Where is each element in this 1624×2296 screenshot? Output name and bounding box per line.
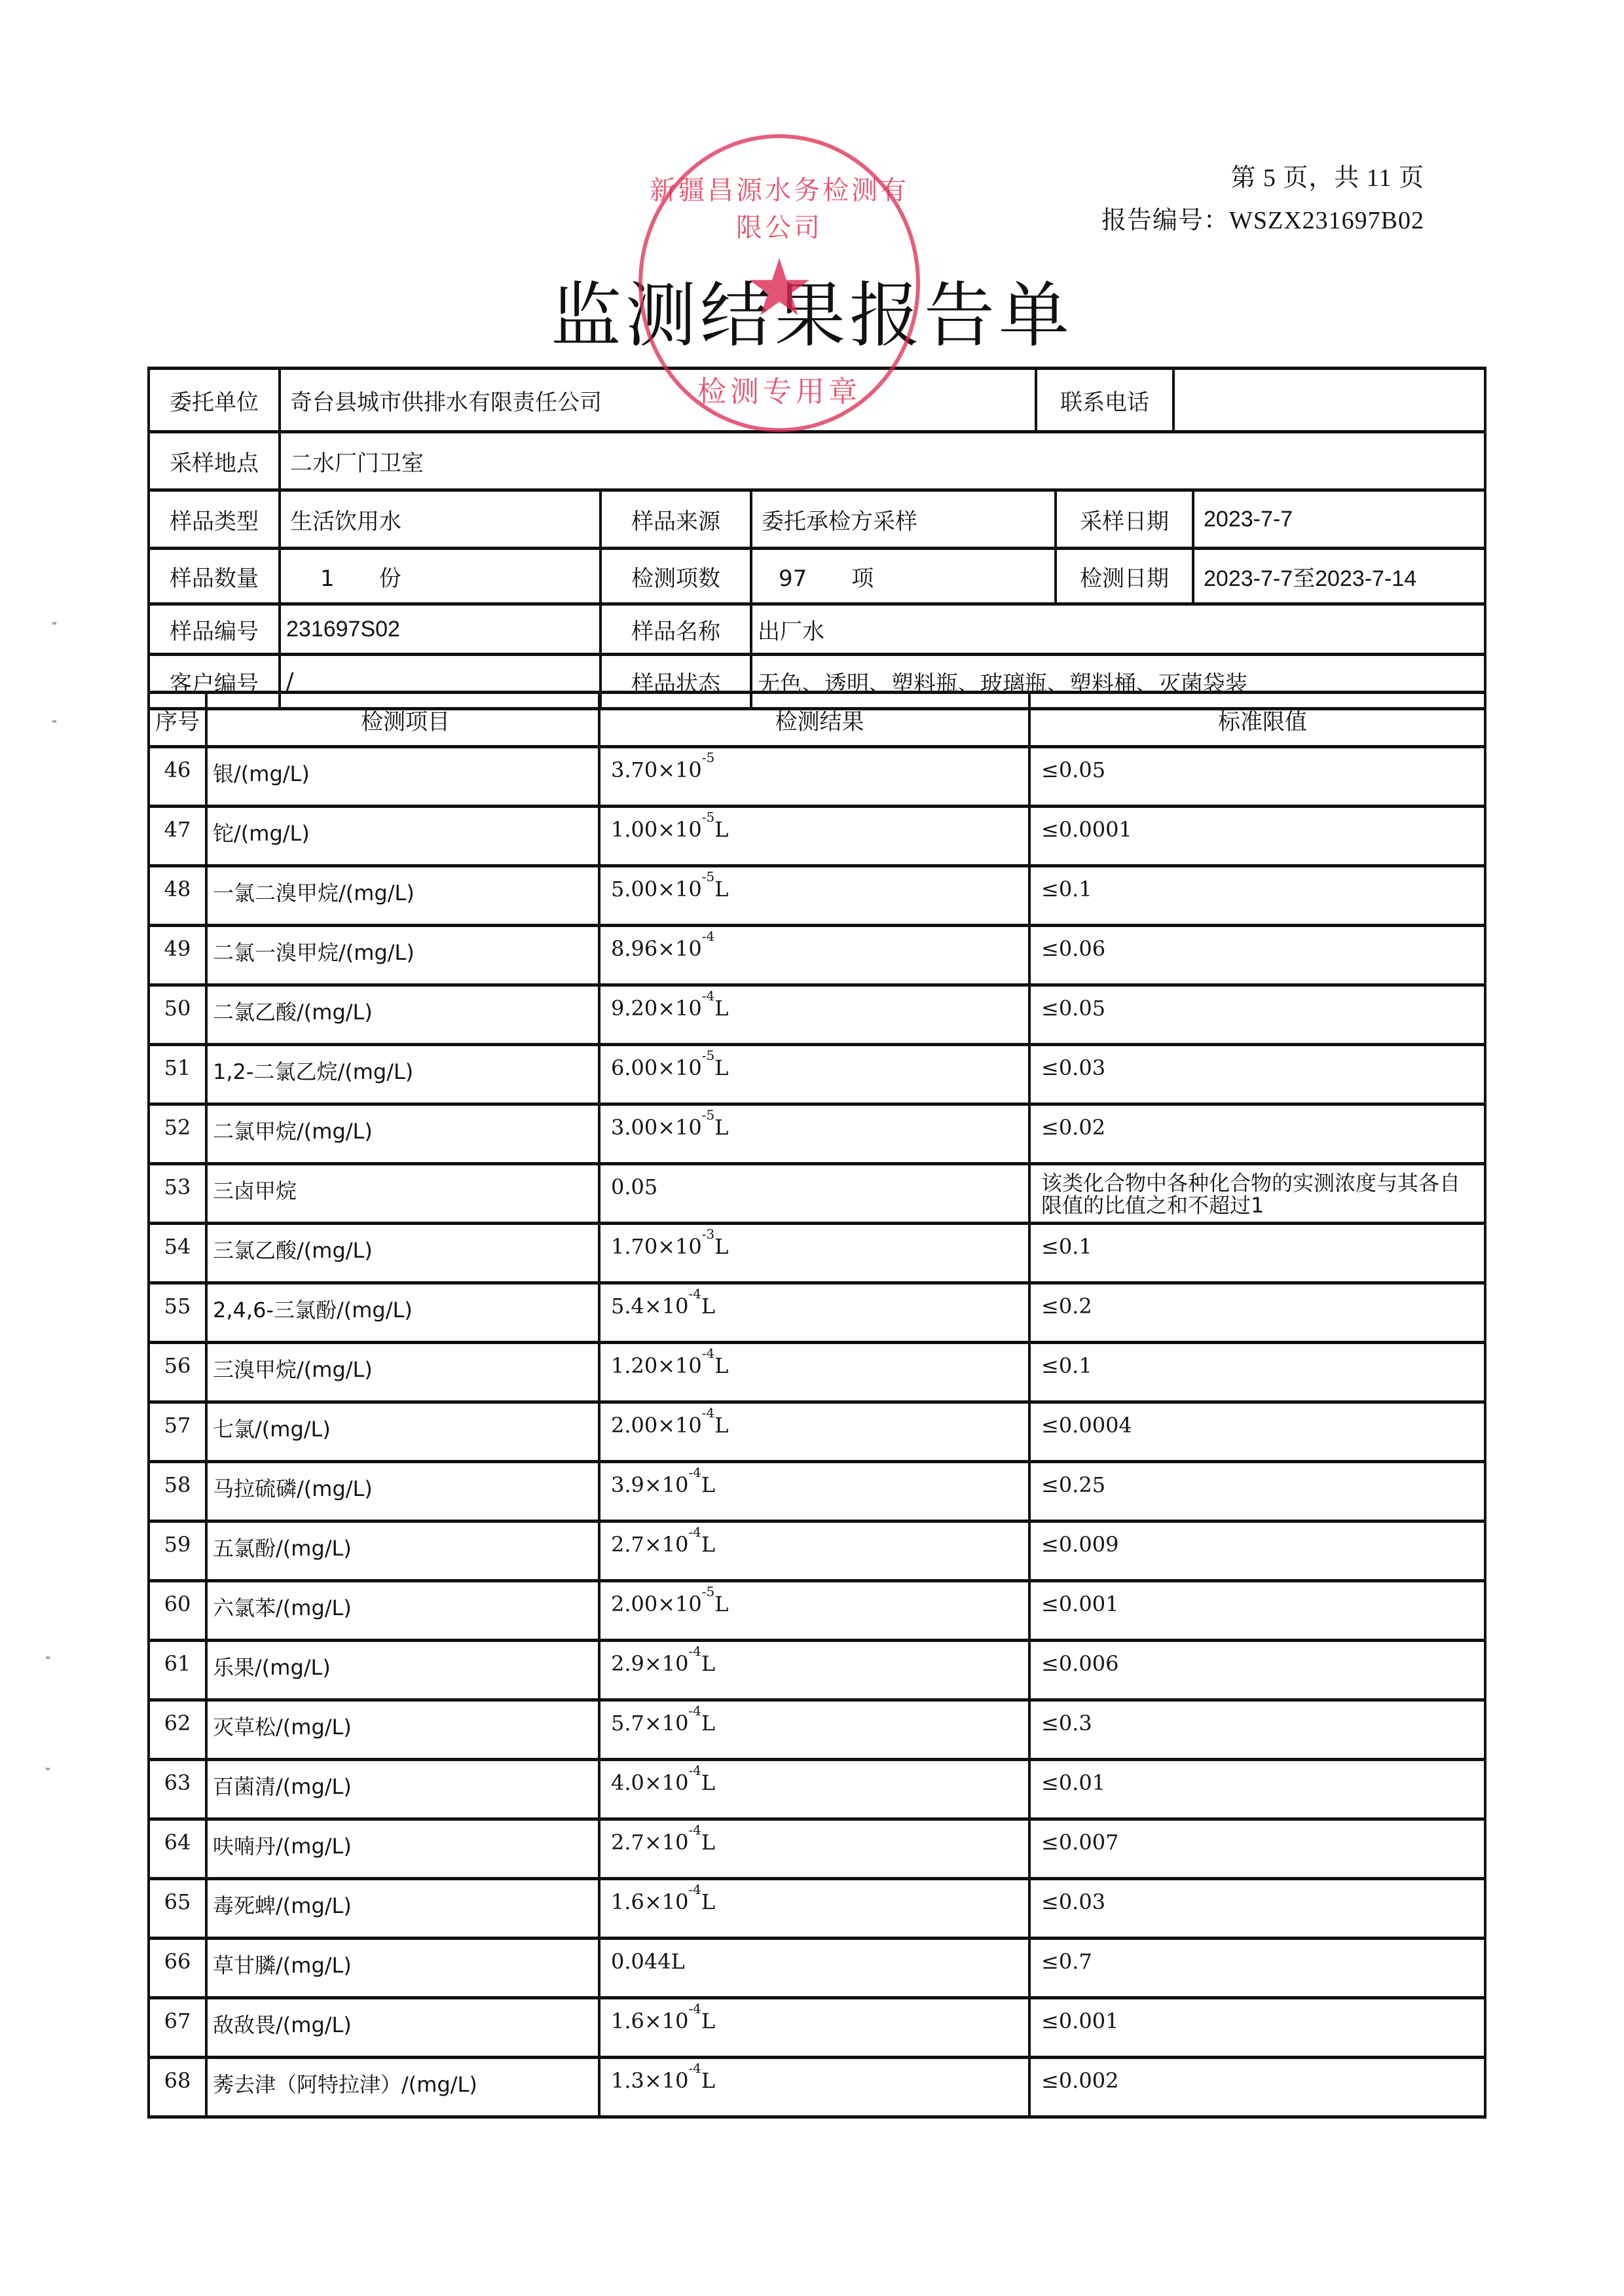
row-result: 1.6×10-4L (598, 1999, 1028, 2056)
test-date-label: 检测日期 (1054, 550, 1192, 602)
result-mantissa: 2.00×10 (611, 1592, 702, 1616)
row-limit: ≤0.3 (1028, 1702, 1486, 1758)
result-suffix: L (701, 1770, 715, 1795)
row-item: 五氯酚/(mg/L) (205, 1523, 598, 1579)
row-item: 一氯二溴甲烷/(mg/L) (205, 867, 598, 924)
row-item: 三卤甲烷 (205, 1165, 598, 1222)
result-row: 61乐果/(mg/L)2.9×10-4L≤0.006 (147, 1639, 1486, 1698)
result-mantissa: 1.3×10 (611, 2068, 688, 2093)
row-seq: 53 (147, 1165, 205, 1222)
row-limit: ≤0.05 (1028, 748, 1486, 805)
result-row: 50二氯乙酸/(mg/L)9.20×10-4L≤0.05 (147, 983, 1486, 1043)
info-row-type: 样品类型 生活饮用水 样品来源 委托承检方采样 采样日期 2023-7-7 (147, 488, 1486, 547)
sample-no-value: 231697S02 (278, 606, 599, 653)
result-suffix: L (714, 877, 728, 902)
type-value: 生活饮用水 (278, 492, 599, 547)
info-row-site: 采样地点 二水厂门卫室 (147, 430, 1486, 488)
row-result: 0.05 (598, 1165, 1028, 1222)
row-result: 3.70×10-5 (598, 748, 1028, 805)
result-mantissa: 0.05 (611, 1175, 657, 1199)
row-seq: 56 (147, 1344, 205, 1400)
result-row: 64呋喃丹/(mg/L)2.7×10-4L≤0.007 (147, 1817, 1486, 1877)
header-result: 检测结果 (598, 694, 1028, 745)
result-mantissa: 8.96×10 (611, 936, 702, 961)
stamp-org-name: 新疆昌源水务检测有限公司 (642, 170, 916, 244)
result-mantissa: 5.7×10 (611, 1711, 688, 1736)
row-limit: ≤0.7 (1028, 1940, 1486, 1996)
result-mantissa: 1.20×10 (611, 1353, 702, 1378)
row-result: 9.20×10-4L (598, 987, 1028, 1043)
row-result: 4.0×10-4L (598, 1761, 1028, 1817)
result-row: 66草甘膦/(mg/L)0.044L≤0.7 (147, 1937, 1486, 1996)
result-suffix: L (714, 1234, 728, 1259)
row-result: 1.70×10-3L (598, 1225, 1028, 1281)
result-suffix: L (701, 2068, 715, 2093)
result-suffix: L (701, 1532, 715, 1557)
test-date-value: 2023-7-7至2023-7-14 (1192, 550, 1486, 602)
site-value: 二水厂门卫室 (278, 433, 1486, 488)
row-item: 2,4,6-三氯酚/(mg/L) (205, 1285, 598, 1341)
row-limit: ≤0.03 (1028, 1046, 1486, 1102)
page-title: 监测结果报告单 (0, 259, 1624, 360)
row-result: 5.00×10-5L (598, 867, 1028, 924)
row-limit: ≤0.001 (1028, 1582, 1486, 1639)
result-mantissa: 3.9×10 (611, 1472, 688, 1497)
result-row: 552,4,6-三氯酚/(mg/L)5.4×10-4L≤0.2 (147, 1281, 1486, 1341)
row-item: 1,2-二氯乙烷/(mg/L) (205, 1046, 598, 1102)
row-item: 二氯甲烷/(mg/L) (205, 1106, 598, 1162)
row-result: 1.20×10-4L (598, 1344, 1028, 1400)
row-limit: ≤0.06 (1028, 927, 1486, 983)
result-row: 58马拉硫磷/(mg/L)3.9×10-4L≤0.25 (147, 1460, 1486, 1520)
result-row: 511,2-二氯乙烷/(mg/L)6.00×10-5L≤0.03 (147, 1043, 1486, 1102)
results-table: 序号 检测项目 检测结果 标准限值 46银/(mg/L)3.70×10-5≤0.… (147, 691, 1486, 2119)
result-suffix: L (714, 1413, 728, 1438)
row-item: 二氯一溴甲烷/(mg/L) (205, 927, 598, 983)
items-label: 检测项数 (599, 550, 750, 602)
row-item: 灭草松/(mg/L) (205, 1702, 598, 1758)
row-seq: 65 (147, 1880, 205, 1937)
row-item: 敌敌畏/(mg/L) (205, 1999, 598, 2056)
sample-name-value: 出厂水 (750, 606, 1486, 653)
result-suffix: L (714, 1115, 728, 1140)
result-row: 68莠去津（阿特拉津）/(mg/L)1.3×10-4L≤0.002 (147, 2056, 1486, 2119)
result-mantissa: 4.0×10 (611, 1770, 688, 1795)
row-seq: 67 (147, 1999, 205, 2056)
report-number: 报告编号：WSZX231697B02 (1101, 200, 1424, 236)
result-row: 53三卤甲烷0.05该类化合物中各种化合物的实测浓度与其各自限值的比值之和不超过… (147, 1162, 1486, 1222)
result-row: 49二氯一溴甲烷/(mg/L)8.96×10-4≤0.06 (147, 924, 1486, 983)
report-number-value: WSZX231697B02 (1229, 207, 1424, 234)
report-number-label: 报告编号： (1101, 207, 1229, 234)
row-limit: ≤0.05 (1028, 987, 1486, 1043)
row-limit: ≤0.1 (1028, 1344, 1486, 1400)
sample-info-table: 委托单位 奇台县城市供排水有限责任公司 联系电话 采样地点 二水厂门卫室 样品类… (147, 367, 1486, 710)
row-result: 3.9×10-4L (598, 1463, 1028, 1520)
row-seq: 64 (147, 1821, 205, 1877)
row-seq: 62 (147, 1702, 205, 1758)
result-suffix: L (701, 1651, 715, 1676)
result-row: 57七氯/(mg/L)2.00×10-4L≤0.0004 (147, 1400, 1486, 1460)
row-result: 2.7×10-4L (598, 1821, 1028, 1877)
row-limit: ≤0.002 (1028, 2059, 1486, 2115)
row-limit: ≤0.1 (1028, 1225, 1486, 1281)
sample-date-label: 采样日期 (1054, 492, 1192, 547)
result-suffix: L (714, 1592, 728, 1616)
result-suffix: L (701, 1889, 715, 1914)
result-row: 62灭草松/(mg/L)5.7×10-4L≤0.3 (147, 1698, 1486, 1758)
result-mantissa: 1.00×10 (611, 817, 702, 842)
row-result: 3.00×10-5L (598, 1106, 1028, 1162)
sample-date-value: 2023-7-7 (1192, 492, 1486, 547)
header-limit: 标准限值 (1028, 694, 1486, 745)
row-limit: ≤0.009 (1028, 1523, 1486, 1579)
row-limit: ≤0.02 (1028, 1106, 1486, 1162)
result-suffix: L (701, 1830, 715, 1855)
row-item: 银/(mg/L) (205, 748, 598, 805)
result-row: 54三氯乙酸/(mg/L)1.70×10-3L≤0.1 (147, 1222, 1486, 1281)
results-header-row: 序号 检测项目 检测结果 标准限值 (147, 691, 1486, 745)
result-row: 67敌敌畏/(mg/L)1.6×10-4L≤0.001 (147, 1996, 1486, 2056)
row-result: 1.6×10-4L (598, 1880, 1028, 1937)
row-limit: ≤0.0001 (1028, 808, 1486, 864)
result-suffix: L (714, 1353, 728, 1378)
result-row: 56三溴甲烷/(mg/L)1.20×10-4L≤0.1 (147, 1341, 1486, 1400)
info-row-client: 委托单位 奇台县城市供排水有限责任公司 联系电话 (147, 367, 1486, 430)
row-item: 七氯/(mg/L) (205, 1404, 598, 1460)
scan-artifact (46, 1656, 50, 1659)
row-seq: 63 (147, 1761, 205, 1817)
row-result: 1.00×10-5L (598, 808, 1028, 864)
row-item: 莠去津（阿特拉津）/(mg/L) (205, 2059, 598, 2115)
result-mantissa: 5.4×10 (611, 1294, 688, 1319)
result-mantissa: 2.7×10 (611, 1532, 688, 1557)
client-label: 委托单位 (147, 370, 278, 430)
row-seq: 51 (147, 1046, 205, 1102)
row-item: 三溴甲烷/(mg/L) (205, 1344, 598, 1400)
result-mantissa: 1.6×10 (611, 1889, 688, 1914)
row-seq: 52 (147, 1106, 205, 1162)
result-mantissa: 1.70×10 (611, 1234, 702, 1259)
result-mantissa: 0.044L (611, 1949, 685, 1974)
phone-label: 联系电话 (1035, 370, 1172, 430)
result-mantissa: 2.00×10 (611, 1413, 702, 1438)
row-seq: 66 (147, 1940, 205, 1996)
result-mantissa: 1.6×10 (611, 2009, 688, 2033)
result-suffix: L (714, 996, 728, 1021)
row-result: 2.7×10-4L (598, 1523, 1028, 1579)
row-seq: 68 (147, 2059, 205, 2115)
result-mantissa: 2.9×10 (611, 1651, 688, 1676)
row-result: 6.00×10-5L (598, 1046, 1028, 1102)
row-seq: 61 (147, 1642, 205, 1698)
row-item: 铊/(mg/L) (205, 808, 598, 864)
sample-name-label: 样品名称 (599, 606, 750, 653)
type-label: 样品类型 (147, 492, 278, 547)
row-item: 呋喃丹/(mg/L) (205, 1821, 598, 1877)
source-label: 样品来源 (599, 492, 750, 547)
row-result: 8.96×10-4 (598, 927, 1028, 983)
row-item: 乐果/(mg/L) (205, 1642, 598, 1698)
row-item: 草甘膦/(mg/L) (205, 1940, 598, 1996)
phone-value (1172, 370, 1486, 430)
row-limit: ≤0.1 (1028, 867, 1486, 924)
row-limit: 该类化合物中各种化合物的实测浓度与其各自限值的比值之和不超过1 (1028, 1165, 1486, 1222)
row-result: 2.00×10-5L (598, 1582, 1028, 1639)
row-seq: 49 (147, 927, 205, 983)
row-item: 三氯乙酸/(mg/L) (205, 1225, 598, 1281)
items-value: 97 项 (750, 550, 1054, 602)
row-item: 六氯苯/(mg/L) (205, 1582, 598, 1639)
result-mantissa: 3.70×10 (611, 757, 702, 782)
results-body: 46银/(mg/L)3.70×10-5≤0.0547铊/(mg/L)1.00×1… (147, 745, 1486, 2119)
sample-no-label: 样品编号 (147, 606, 278, 653)
info-row-sample-no: 样品编号 231697S02 样品名称 出厂水 (147, 602, 1486, 653)
row-item: 马拉硫磷/(mg/L) (205, 1463, 598, 1520)
row-seq: 46 (147, 748, 205, 805)
row-item: 二氯乙酸/(mg/L) (205, 987, 598, 1043)
row-seq: 59 (147, 1523, 205, 1579)
row-limit: ≤0.25 (1028, 1463, 1486, 1520)
row-item: 百菌清/(mg/L) (205, 1761, 598, 1817)
result-suffix: L (701, 1711, 715, 1736)
qty-value: 1 份 (278, 550, 599, 602)
result-row: 59五氯酚/(mg/L)2.7×10-4L≤0.009 (147, 1520, 1486, 1579)
page-indicator: 第 5 页，共 11 页 (1230, 157, 1424, 193)
result-mantissa: 2.7×10 (611, 1830, 688, 1855)
result-row: 47铊/(mg/L)1.00×10-5L≤0.0001 (147, 805, 1486, 864)
result-suffix: L (701, 2009, 715, 2033)
scan-artifact (52, 622, 56, 625)
row-seq: 55 (147, 1285, 205, 1341)
result-row: 46银/(mg/L)3.70×10-5≤0.05 (147, 745, 1486, 805)
row-limit: ≤0.01 (1028, 1761, 1486, 1817)
info-row-qty: 样品数量 1 份 检测项数 97 项 检测日期 2023-7-7至2023-7-… (147, 547, 1486, 602)
row-result: 5.7×10-4L (598, 1702, 1028, 1758)
site-label: 采样地点 (147, 433, 278, 488)
row-limit: ≤0.007 (1028, 1821, 1486, 1877)
result-suffix: L (714, 817, 728, 842)
row-seq: 54 (147, 1225, 205, 1281)
result-row: 48一氯二溴甲烷/(mg/L)5.00×10-5L≤0.1 (147, 864, 1486, 924)
row-result: 1.3×10-4L (598, 2059, 1028, 2115)
row-result: 2.00×10-4L (598, 1404, 1028, 1460)
row-seq: 58 (147, 1463, 205, 1520)
result-suffix: L (701, 1472, 715, 1497)
row-result: 0.044L (598, 1940, 1028, 1996)
row-seq: 57 (147, 1404, 205, 1460)
result-suffix: L (714, 1055, 728, 1080)
source-value: 委托承检方采样 (750, 492, 1054, 547)
row-result: 2.9×10-4L (598, 1642, 1028, 1698)
row-seq: 48 (147, 867, 205, 924)
result-row: 52二氯甲烷/(mg/L)3.00×10-5L≤0.02 (147, 1102, 1486, 1162)
result-mantissa: 6.00×10 (611, 1055, 702, 1080)
result-suffix: L (701, 1294, 715, 1319)
row-limit: ≤0.03 (1028, 1880, 1486, 1937)
row-item: 毒死蜱/(mg/L) (205, 1880, 598, 1937)
scan-artifact (46, 1768, 50, 1770)
result-mantissa: 9.20×10 (611, 996, 702, 1021)
row-limit: ≤0.001 (1028, 1999, 1486, 2056)
result-mantissa: 5.00×10 (611, 877, 702, 902)
row-limit: ≤0.0004 (1028, 1404, 1486, 1460)
row-seq: 50 (147, 987, 205, 1043)
result-row: 60六氯苯/(mg/L)2.00×10-5L≤0.001 (147, 1579, 1486, 1639)
header-seq: 序号 (147, 694, 205, 745)
row-seq: 47 (147, 808, 205, 864)
scan-artifact (52, 720, 56, 723)
result-mantissa: 3.00×10 (611, 1115, 702, 1140)
row-limit: ≤0.2 (1028, 1285, 1486, 1341)
row-seq: 60 (147, 1582, 205, 1639)
row-limit: ≤0.006 (1028, 1642, 1486, 1698)
result-row: 65毒死蜱/(mg/L)1.6×10-4L≤0.03 (147, 1877, 1486, 1937)
row-result: 5.4×10-4L (598, 1285, 1028, 1341)
client-value: 奇台县城市供排水有限责任公司 (278, 370, 1035, 430)
qty-label: 样品数量 (147, 550, 278, 602)
header-item: 检测项目 (205, 694, 598, 745)
result-row: 63百菌清/(mg/L)4.0×10-4L≤0.01 (147, 1758, 1486, 1817)
